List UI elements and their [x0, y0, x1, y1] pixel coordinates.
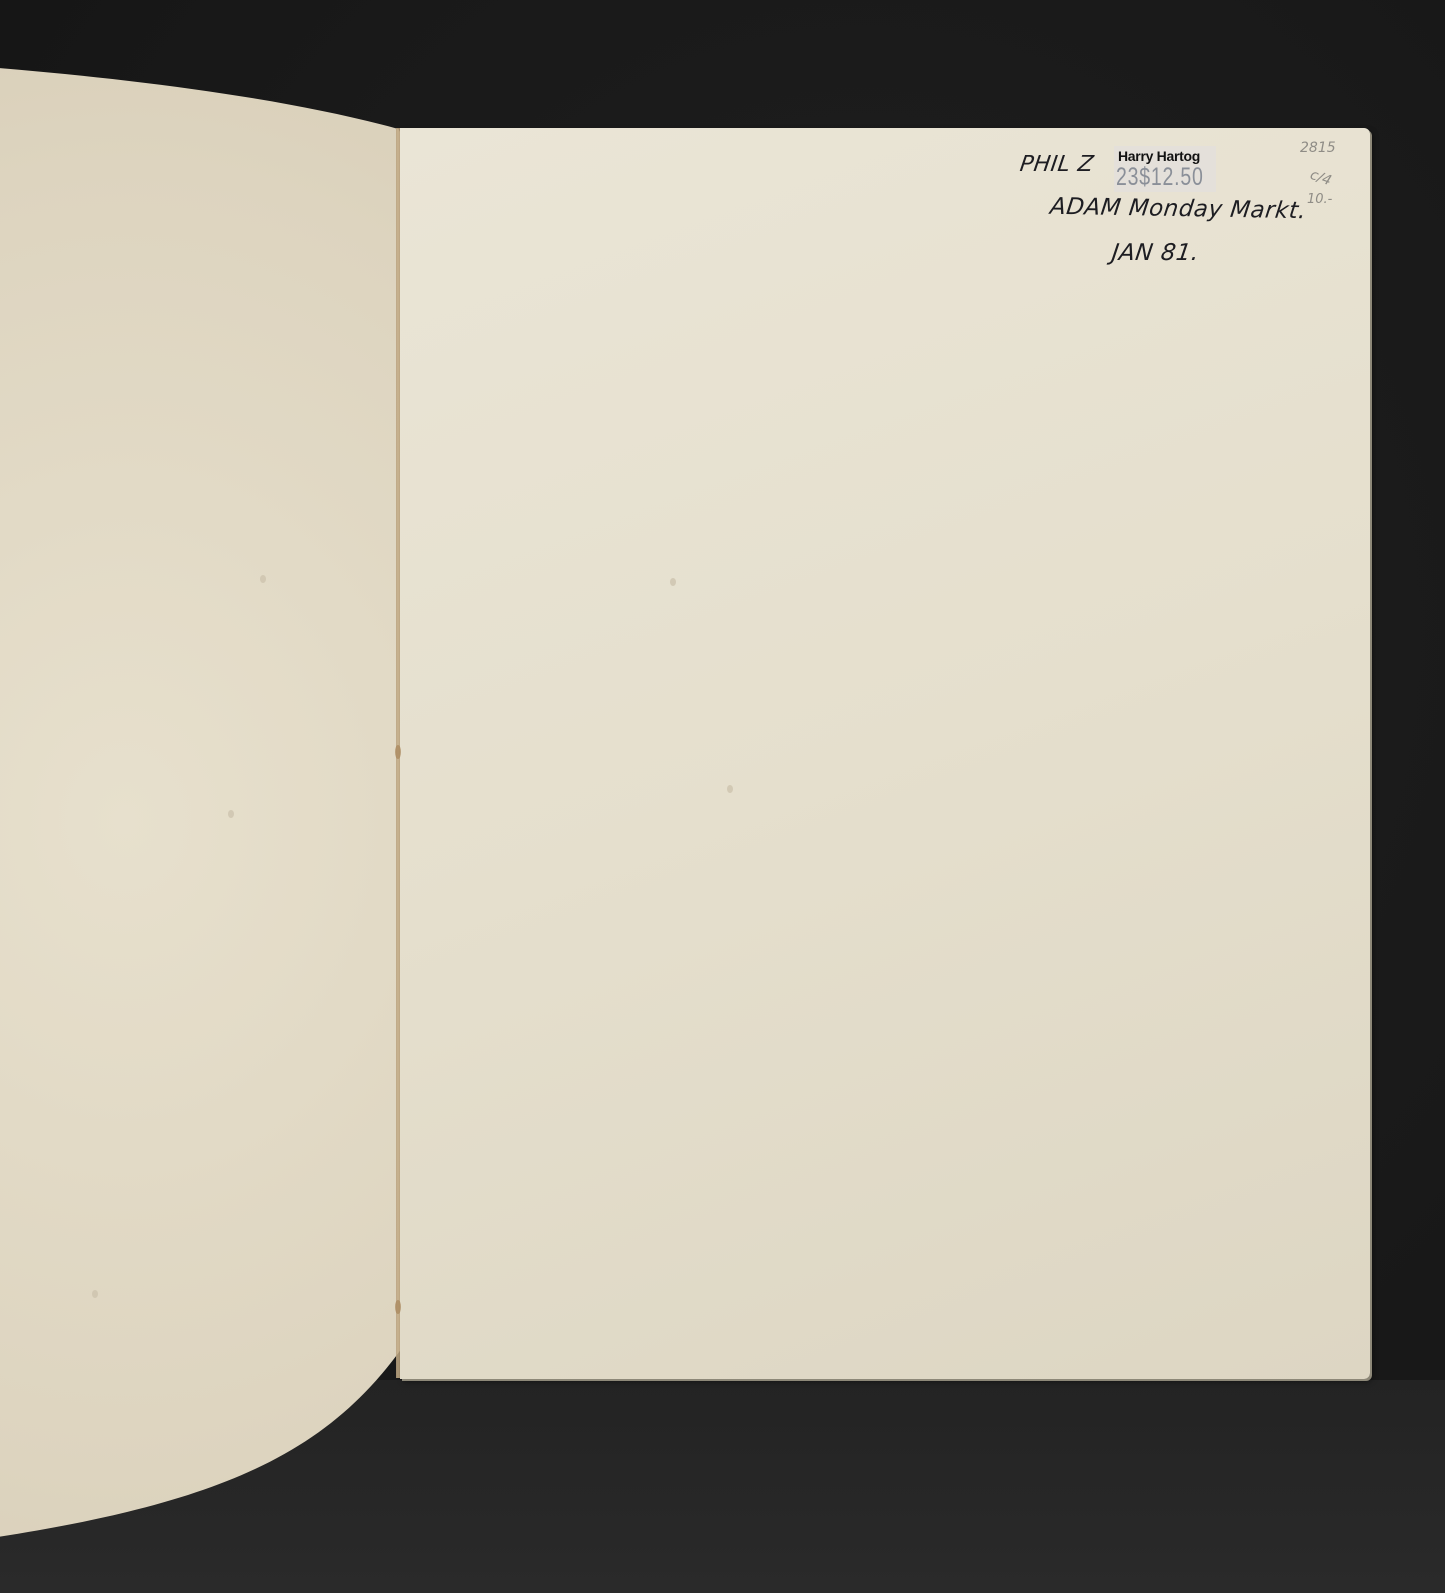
sticker-price: 23$12.50 [1116, 163, 1204, 192]
left-page [0, 48, 402, 1593]
gutter-stain [395, 745, 401, 759]
right-page [400, 128, 1370, 1379]
pencil-note-code: 2815 [1300, 140, 1336, 156]
sticker-brand: Harry Hartog [1118, 148, 1200, 164]
paper-speck [670, 578, 676, 586]
paper-speck [92, 1290, 98, 1298]
handwritten-owner-name: PHIL Z [1018, 152, 1095, 177]
pencil-note-price: 10.- [1307, 192, 1332, 207]
handwritten-date: JAN 81. [1110, 240, 1201, 266]
price-sticker: Harry Hartog 23$12.50 [1114, 146, 1216, 192]
paper-speck [727, 785, 733, 793]
gutter-stain [395, 1300, 401, 1314]
paper-speck [260, 575, 266, 583]
paper-speck [228, 810, 234, 818]
handwritten-location: ADAM Monday Markt. [1049, 194, 1308, 224]
